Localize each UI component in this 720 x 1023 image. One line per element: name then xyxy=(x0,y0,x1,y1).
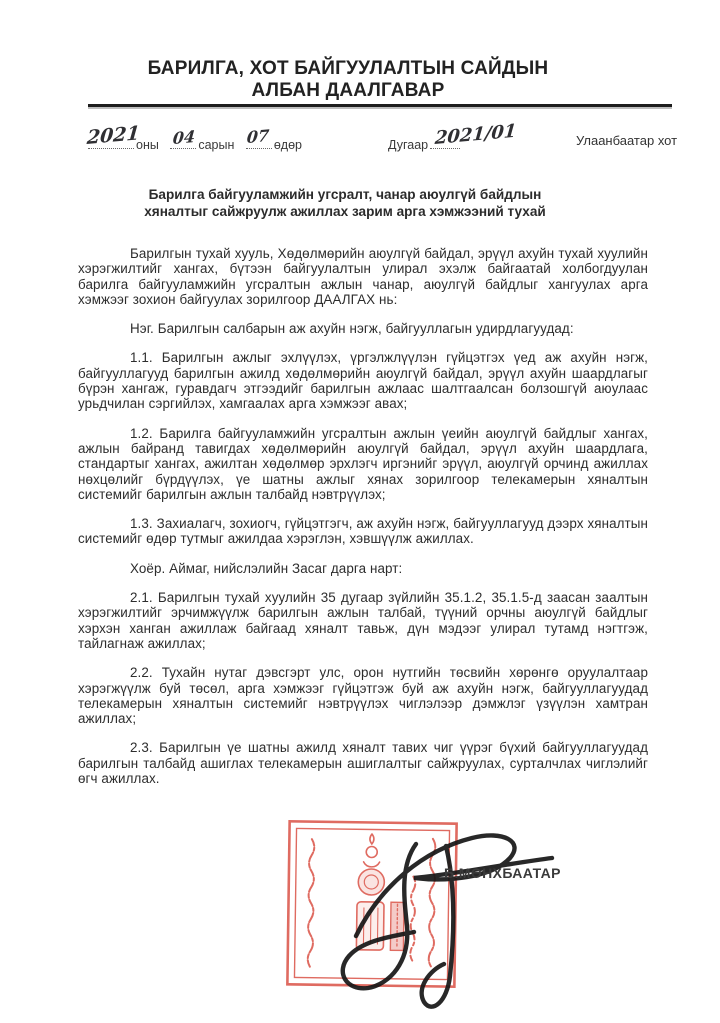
number-blank: 2021/01 xyxy=(430,136,460,149)
document-subject: Барилга байгууламжийн угсралт, чанар аюу… xyxy=(0,186,690,220)
document-title: БАРИЛГА, ХОТ БАЙГУУЛАЛТЫН САЙДЫН АЛБАН Д… xyxy=(0,58,696,102)
clause-1-2: 1.2. Барилга байгууламжийн угсралтын ажл… xyxy=(78,426,648,502)
clause-2-2: 2.2. Тухайн нутаг дэвсгэрт улс, орон нут… xyxy=(78,665,648,726)
month-label: сарын xyxy=(198,138,234,152)
day-blank: 07 xyxy=(246,136,272,149)
clause-1-3: 1.3. Захиалагч, зохиогч, гүйцэтгэгч, аж … xyxy=(78,516,648,547)
handwritten-day: 07 xyxy=(246,126,270,147)
day-label: өдөр xyxy=(274,138,302,152)
document-page: БАРИЛГА, ХОТ БАЙГУУЛАЛТЫН САЙДЫН АЛБАН Д… xyxy=(0,0,720,1023)
subject-line2: хяналтыг сайжруулж ажиллах зарим арга хэ… xyxy=(0,203,690,220)
handwritten-month: 04 xyxy=(172,127,196,148)
document-title-line2: АЛБАН ДААЛГАВАР xyxy=(0,80,696,102)
header-divider xyxy=(88,104,672,107)
meta-row: 2021 оны 04 сарын 07 өдөр Дугаар 2021/01… xyxy=(0,118,720,152)
city-label: Улаанбаатар хот xyxy=(576,133,677,148)
clause-2-3: 2.3. Барилгын үе шатны ажилд хяналт тави… xyxy=(78,740,648,786)
number-label: Дугаар xyxy=(388,138,428,152)
section-one-heading: Нэг. Барилгын салбарын аж ахуйн нэгж, ба… xyxy=(78,321,648,336)
clause-2-1: 2.1. Барилгын тухай хуулийн 35 дугаар зү… xyxy=(78,590,648,651)
clause-1-1: 1.1. Барилгын ажлыг эхлүүлэх, үргэлжлүүл… xyxy=(78,350,648,411)
section-two-heading: Хоёр. Аймаг, нийслэлийн Засаг дарга нарт… xyxy=(78,561,648,576)
signee-name: Б.МӨНХБААТАР xyxy=(444,865,561,881)
handwritten-number: 2021/01 xyxy=(434,121,517,149)
month-blank: 04 xyxy=(170,136,196,149)
document-title-line1: БАРИЛГА, ХОТ БАЙГУУЛАЛТЫН САЙДЫН xyxy=(0,58,696,80)
year-label: оны xyxy=(136,138,159,152)
date-line: 2021 оны 04 сарын 07 өдөр xyxy=(88,136,304,152)
year-blank: 2021 xyxy=(88,136,134,149)
document-body: Барилгын тухай хууль, Хөдөлмөрийн аюулгү… xyxy=(78,246,648,800)
intro-paragraph: Барилгын тухай хууль, Хөдөлмөрийн аюулгү… xyxy=(78,246,648,307)
subject-line1: Барилга байгууламжийн угсралт, чанар аюу… xyxy=(0,186,690,203)
handwritten-year: 2021 xyxy=(86,122,141,149)
number-line: Дугаар 2021/01 xyxy=(386,136,460,152)
signature-scribble-icon xyxy=(296,816,586,1021)
